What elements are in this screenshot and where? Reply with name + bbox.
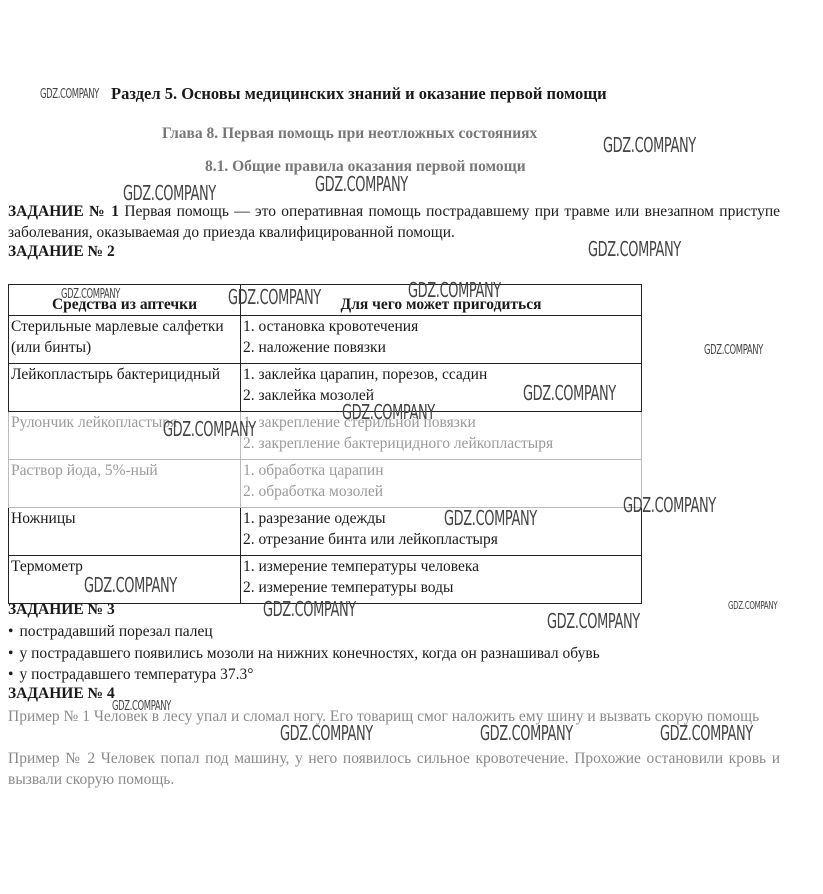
kit-item: Стерильные марлевые салфетки (или бинты) [9,316,241,364]
watermark: GDZ.COMPANY [123,183,216,203]
watermark: GDZ.COMPANY [603,135,696,155]
watermark: GDZ.COMPANY [704,344,763,357]
watermark: GDZ.COMPANY [112,700,171,713]
watermark: GDZ.COMPANY [444,508,537,528]
kit-item: Лейкопластырь бактерицидный [9,364,241,412]
kit-use-line: 1. разрезание одежды [243,508,639,529]
watermark: GDZ.COMPANY [623,495,716,515]
watermark: GDZ.COMPANY [660,723,753,743]
list-item: у пострадавшего появились мозоли на нижн… [8,643,600,665]
task-1-label: ЗАДАНИЕ № 1 [8,203,119,220]
table-row: Стерильные марлевые салфетки (или бинты)… [9,316,642,364]
watermark: GDZ.COMPANY [228,287,321,307]
task-4-example-2: Пример № 2 Человек попал под машину, у н… [8,748,780,790]
kit-use-line: 1. закрепление стерильной повязки [243,412,639,433]
watermark: GDZ.COMPANY [480,723,573,743]
kit-use-line: 2. измерение температуры воды [243,577,639,598]
kit-use-line: 2. отрезание бинта или лейкопластыря [243,529,639,550]
kit-item: Раствор йода, 5%-ный [9,460,241,508]
kit-use-line: 1. остановка кровотечения [243,316,639,337]
watermark: GDZ.COMPANY [523,383,616,403]
chapter-title: Глава 8. Первая помощь при неотложных со… [162,125,537,143]
watermark: GDZ.COMPANY [728,600,777,611]
watermark: GDZ.COMPANY [280,723,373,743]
kit-use-line: 2. обработка мозолей [243,481,639,502]
first-aid-kit-table: Средства из аптечки Для чего может приго… [8,284,642,604]
list-item: у пострадавшего температура 37.3° [8,664,600,686]
table-header-item: Средства из аптечки [9,285,241,316]
task-3-label: ЗАДАНИЕ № 3 [8,601,115,619]
task-1-answer: Первая помощь — это оперативная помощь п… [8,203,780,241]
task-3-list: пострадавший порезал палец у пострадавше… [8,621,600,686]
watermark: GDZ.COMPANY [342,402,435,422]
kit-use-line: 1. обработка царапин [243,460,639,481]
watermark: GDZ.COMPANY [61,288,120,301]
kit-uses: 1. обработка царапин2. обработка мозолей [241,460,642,508]
watermark: GDZ.COMPANY [84,575,177,595]
list-item: пострадавший порезал палец [8,621,600,643]
table-row: Рулончик лейкопластыря1. закрепление сте… [9,412,642,460]
kit-uses: 1. закрепление стерильной повязки2. закр… [241,412,642,460]
table-row: Ножницы1. разрезание одежды2. отрезание … [9,508,642,556]
table-row: Раствор йода, 5%-ный1. обработка царапин… [9,460,642,508]
section-title: Раздел 5. Основы медицинских знаний и ок… [111,84,607,104]
task-2-label: ЗАДАНИЕ № 2 [8,243,115,261]
watermark: GDZ.COMPANY [263,599,356,619]
kit-uses: 1. остановка кровотечения2. наложение по… [241,316,642,364]
task-4-label: ЗАДАНИЕ № 4 [8,685,115,703]
kit-use-line: 2. закрепление бактерицидного лейкопласт… [243,433,639,454]
watermark: GDZ.COMPANY [315,174,408,194]
kit-use-line: 2. наложение повязки [243,337,639,358]
watermark: GDZ.COMPANY [588,239,681,259]
kit-use-line: 1. измерение температуры человека [243,556,639,577]
watermark: GDZ.COMPANY [40,88,99,101]
watermark: GDZ.COMPANY [163,419,256,439]
watermark: GDZ.COMPANY [547,611,640,631]
watermark: GDZ.COMPANY [408,280,501,300]
kit-uses: 1. разрезание одежды2. отрезание бинта и… [241,508,642,556]
kit-item: Ножницы [9,508,241,556]
